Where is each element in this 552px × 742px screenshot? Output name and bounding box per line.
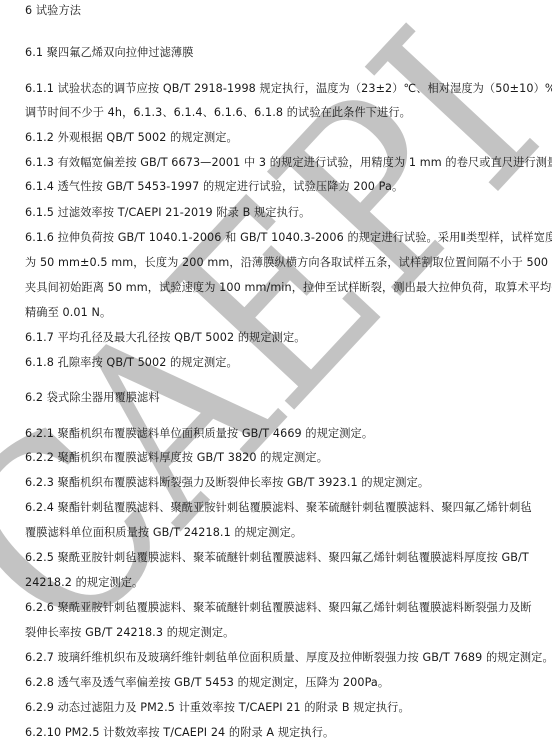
paragraph-line: 6.1.3 有效幅宽偏差按 GB/T 6673—2001 中 3 的规定进行试验…	[25, 156, 552, 170]
paragraph-line: 6.2.2 聚酯机织布覆膜滤料厚度按 GB/T 3820 的规定测定。	[25, 451, 328, 465]
paragraph-line: 覆膜滤料单位面积质量按 GB/T 24218.1 的规定测定。	[25, 526, 302, 540]
paragraph-line: 精确至 0.01 N。	[25, 306, 111, 320]
paragraph-line: 6.2.7 玻璃纤维机织布及玻璃纤维针刺毡单位面积质量、厚度及拉伸断裂强力按 G…	[25, 651, 552, 665]
paragraph-line: 6.1.8 孔隙率按 QB/T 5002 的规定测定。	[25, 356, 238, 370]
paragraph-line: 6.1.6 拉伸负荷按 GB/T 1040.1-2006 和 GB/T 1040…	[25, 231, 552, 245]
paragraph-line: 为 50 mm±0.5 mm，长度为 200 mm，沿薄膜纵横方向各取试样五条，…	[25, 256, 552, 270]
paragraph-line: 24218.2 的规定测定。	[25, 576, 143, 590]
paragraph-line: 6.1.2 外观根据 QB/T 5002 的规定测定。	[25, 131, 238, 145]
paragraph-line: 6.2.1 聚酯机织布覆膜滤料单位面积质量按 GB/T 4669 的规定测定。	[25, 427, 373, 441]
paragraph-line: 6.2.9 动态过滤阻力及 PM2.5 计重效率按 T/CAEPI 21 的附录…	[25, 701, 410, 715]
section-heading: 6.2 袋式除尘器用覆膜滤料	[25, 391, 160, 405]
paragraph-line: 夹具间初始距离 50 mm，试验速度为 100 mm/min，拉伸至试样断裂，测…	[25, 281, 552, 295]
paragraph-line: 6.1.1 试验状态的调节应按 QB/T 2918-1998 规定执行，温度为（…	[25, 82, 552, 96]
paragraph-line: 裂伸长率按 GB/T 24218.3 的规定测定。	[25, 626, 234, 640]
paragraph-line: 6.1.4 透气性按 GB/T 5453-1997 的规定进行试验，试验压降为 …	[25, 180, 403, 194]
section-heading: 6 试验方法	[25, 4, 81, 18]
paragraph-line: 调节时间不少于 4h，6.1.3、6.1.4、6.1.6、6.1.8 的试验在此…	[25, 106, 411, 120]
paragraph-line: 6.1.5 过滤效率按 T/CAEPI 21-2019 附录 B 规定执行。	[25, 206, 310, 220]
section-heading: 6.1 聚四氟乙烯双向拉伸过滤薄膜	[25, 46, 194, 60]
paragraph-line: 6.2.6 聚酰亚胺针刺毡覆膜滤料、聚苯硫醚针刺毡覆膜滤料、聚四氟乙烯针刺毡覆膜…	[25, 601, 532, 615]
paragraph-line: 6.2.5 聚酰亚胺针刺毡覆膜滤料、聚苯硫醚针刺毡覆膜滤料、聚四氟乙烯针刺毡覆膜…	[25, 551, 529, 565]
paragraph-line: 6.2.3 聚酯机织布覆膜滤料断裂强力及断裂伸长率按 GB/T 3923.1 的…	[25, 476, 429, 490]
paragraph-line: 6.2.4 聚酯针刺毡覆膜滤料、聚酰亚胺针刺毡覆膜滤料、聚苯硫醚针刺毡覆膜滤料、…	[25, 501, 532, 515]
paragraph-line: 6.2.10 PM2.5 计数效率按 T/CAEPI 24 的附录 A 规定执行…	[25, 726, 334, 740]
document-page: CAEPI 6 试验方法6.1 聚四氟乙烯双向拉伸过滤薄膜6.1.1 试验状态的…	[0, 0, 552, 742]
paragraph-line: 6.2.8 透气率及透气率偏差按 GB/T 5453 的规定测定，压降为 200…	[25, 676, 389, 690]
paragraph-line: 6.1.7 平均孔径及最大孔径按 QB/T 5002 的规定测定。	[25, 331, 306, 345]
